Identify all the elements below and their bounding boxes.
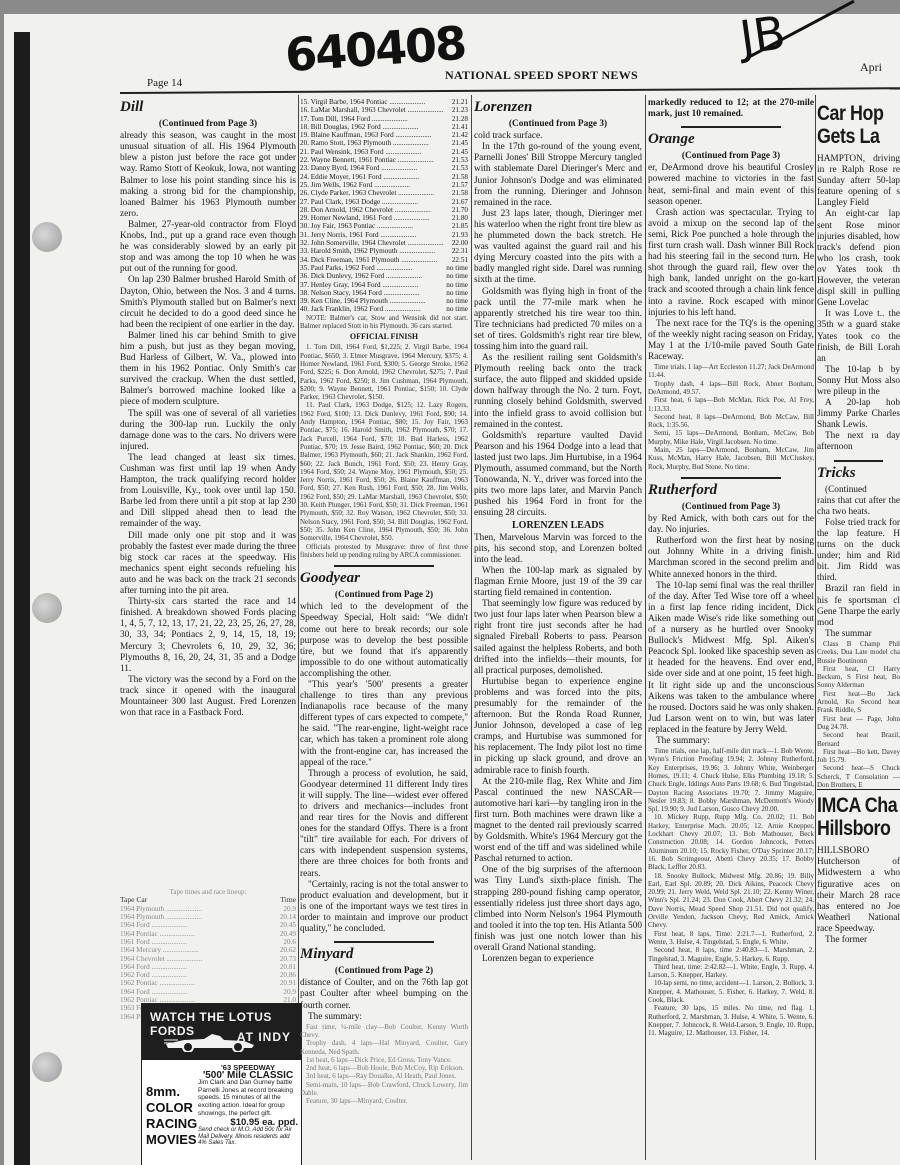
article-separator (681, 477, 781, 479)
paragraph: Trophy dash, 4 laps—Bill Rock, Abner Bon… (648, 380, 814, 397)
finish-text-2: 11. Paul Clark, 1963 Dodge, $125; 12. La… (300, 401, 468, 542)
table-row: 37. Henley Gray, 1964 Ford .............… (300, 281, 468, 289)
article-headline: Dill (120, 102, 296, 113)
paragraph: which led to the development of the Spee… (300, 602, 468, 680)
paragraph: The former (817, 935, 900, 946)
article-subhead: LORENZEN LEADS (474, 520, 642, 531)
paragraph: HAMPTON, driving in re Ralph Rose re Sun… (817, 154, 900, 209)
column-rule (645, 95, 646, 1160)
headline-line: RACING (146, 1116, 194, 1132)
paragraph: Folse tried track for the lap feature. H… (817, 518, 900, 585)
table-row: 16. LaMar Marshall, 1963 Chevrolet .....… (300, 106, 468, 114)
table-row: 22. Wayne Bennett, 1961 Pontiac ........… (300, 156, 468, 164)
tape-times-table: Tape times and race lineup: Tape Car Tim… (120, 888, 296, 1021)
paragraph: Feature, 30 laps—Minyard, Coulter. (300, 1097, 468, 1105)
date-fragment: Apri (860, 60, 882, 75)
paragraph: Second heat Brazil, Bernard (817, 731, 900, 748)
paragraph: Third heat, time: 2:42.82—1. White, Engl… (648, 963, 814, 980)
article-headline-imca: IMCA ChaHillsboro (817, 794, 888, 840)
paragraph: Just 23 laps later, though, Dieringer me… (474, 209, 642, 287)
continued-line: (Continued from Page 3) (474, 119, 642, 130)
article-lorenzen: Lorenzen (Continued from Page 3) cold tr… (474, 98, 642, 1163)
table-row: 1964 Ford ....................20.81 (120, 963, 296, 971)
continued-line: (Continued from Page 2) (300, 590, 468, 601)
paragraph: First heat, Cl Harry Beckum, S First hea… (817, 665, 900, 690)
table-row: 23. Danny Byrd, 1964 Ford ..............… (300, 164, 468, 172)
paragraph: Fast time, ¼-mile clay—Bob Coulter, Kenn… (300, 1023, 468, 1040)
article-body: which led to the development of the Spee… (300, 602, 468, 935)
article-body: HILLSBORO Hutcherson of Midwestern a who… (817, 846, 900, 946)
advertisement-lotus-fords[interactable]: WATCH THE LOTUS FORDS AT INDY 8mm.COLORR… (141, 1003, 302, 1165)
continued-line: (Continued from Page 3) (120, 119, 296, 130)
table-row: 33. Harold Smith, 1962 Plymouth ........… (300, 247, 468, 255)
article-body: rains that cut after the cha two heats.F… (817, 496, 900, 640)
paragraph: Goldsmith was flying high in front of th… (474, 287, 642, 354)
paragraph: Feature, 30 laps, 15 miles. No time, red… (648, 1004, 814, 1037)
headline-line: Car Hop (817, 102, 888, 125)
paragraph: The next ra day afternoon (817, 431, 900, 453)
paragraph: Trophy dash, 4 laps—Hal Minyard, Coulter… (300, 1039, 468, 1056)
paragraph: The summar (817, 629, 900, 640)
table-row: 27. Paul Clark, 1963 Dodge .............… (300, 198, 468, 206)
paragraph: First heat—Bo kett, Davey Joh 15.79. (817, 748, 900, 765)
table-row: 24. Eddie Moyer, 1961 Ford .............… (300, 173, 468, 181)
paragraph: Then, Marvelous Marvin was forced to the… (474, 533, 642, 566)
table-row: 1964 Ford ....................20.45 (120, 921, 296, 929)
article-body: HAMPTON, driving in re Ralph Rose re Sun… (817, 154, 900, 454)
column-four: markedly reduced to 12; at the 270-mile … (648, 98, 814, 1163)
summary-label: The summary: (300, 1012, 468, 1023)
paragraph: An eight-car lap sent Rose minor injurie… (817, 209, 900, 309)
race-summary: Time trials, one lap, half-mile dirt tra… (648, 747, 814, 1037)
column-rule (471, 95, 472, 1160)
paragraph: cold track surface. (474, 131, 642, 142)
article-body: distance of Coulter, and on the 76th lap… (300, 978, 468, 1011)
table-row: 20. Ramo Stott, 1963 Plymouth ..........… (300, 139, 468, 147)
paragraph: The 10-lap semi final was the real thril… (648, 581, 814, 736)
paragraph: 10-lap semi, no time, accident—1. Larson… (648, 979, 814, 1004)
ad-price: $10.95 ea. ppd. (198, 1119, 298, 1127)
table-row: 35. Paul Parks, 1962 Ford ..............… (300, 264, 468, 272)
table-row: 30. Joy Fair, 1963 Pontiac .............… (300, 222, 468, 230)
paragraph: First heat, 6 laps—Bob McMan, Rick Poe, … (648, 396, 814, 413)
table-row: 17. Tom Dill, 1964 Ford ................… (300, 115, 468, 123)
table-row: 25. Jim Wells, 1962 Ford ...............… (300, 181, 468, 189)
table-row: 38. Nelson Stacy, 1964 Ford ............… (300, 289, 468, 297)
starting-lineup-list: 15. Virgil Barbe, 1964 Pontiac .........… (300, 98, 468, 314)
headline-line: Hillsboro (817, 817, 888, 840)
table-row: 19. Blaine Kauffman, 1963 Ford .........… (300, 131, 468, 139)
binder-edge (14, 32, 30, 1165)
table-row: 18. Bill Douglas, 1962 Ford ............… (300, 123, 468, 131)
punch-hole (32, 222, 62, 252)
paragraph: One of the big surprises of the afternoo… (474, 865, 642, 954)
paragraph: 3rd heat, 6 laps—Ray Doualke, Al Heath, … (300, 1072, 468, 1080)
paragraph: Second heat—S Chuck Scherck, T Consolati… (817, 764, 900, 789)
finish-note: Officials protested by Musgrave: three o… (300, 543, 468, 560)
paragraph: 10. Mickey Rupp, Rupp Mfg. Co. 20.02; 11… (648, 813, 814, 871)
table-row: 29. Homer Newland, 1961 Ford ...........… (300, 214, 468, 222)
headline-line: COLOR (146, 1100, 194, 1116)
paragraph: Brazil ran field in his fe sportsman cl … (817, 584, 900, 628)
paragraph: First heat — Page, John Dug 24.78. (817, 715, 900, 732)
paragraph: Through a process of evolution, he said,… (300, 769, 468, 880)
paragraph: As the resilient railing sent Goldsmith'… (474, 353, 642, 431)
article-separator (834, 460, 884, 462)
table-row: 1962 Ford ....................20.86 (120, 971, 296, 979)
continued-line: (Continued (817, 485, 900, 496)
article-headline: Orange (648, 134, 814, 145)
paragraph: That seemingly low figure was reduced by… (474, 599, 642, 677)
table-row: 1964 Plymouth ....................20.14 (120, 913, 296, 921)
paragraph: by Red Amick, with both cars out for the… (648, 514, 814, 536)
paragraph: Thirty-six cars started the race and 14 … (120, 597, 296, 675)
article-headline: Rutherford (648, 485, 814, 496)
punch-hole (32, 1052, 62, 1082)
column-rule (815, 95, 816, 1160)
handwritten-initials: JB (736, 5, 788, 65)
paragraph: The victory was the second by a Ford on … (120, 675, 296, 719)
table-row: 1964 Ford ....................20.9 (120, 988, 296, 996)
ad-subheadline: AT INDY (237, 1030, 291, 1044)
table-row: 15. Virgil Barbe, 1964 Pontiac .........… (300, 98, 468, 106)
article-headline: Tricks (817, 468, 900, 479)
article-separator (817, 789, 900, 790)
table-row: 28. Don Arnold, 1962 Chevrolet .........… (300, 206, 468, 214)
paragraph: "Certainly, racing is not the total answ… (300, 880, 468, 935)
summary-label: The summary: (648, 736, 814, 747)
finish-heading: OFFICIAL FINISH (300, 331, 468, 342)
paragraph: Time trials, 1 lap—Art Eccleston 11.27; … (648, 363, 814, 380)
article-dill: Dill (Continued from Page 3) already thi… (120, 98, 296, 918)
paragraph: Second heat, 8 laps—DeArmond, Bob McCaw,… (648, 413, 814, 430)
paragraph: already this season, was caught in the m… (120, 131, 296, 220)
column-two: 15. Virgil Barbe, 1964 Pontiac .........… (300, 98, 468, 1163)
paragraph: Semi-main, 10 laps—Bob Crawford, Chuck L… (300, 1081, 468, 1098)
paragraph: At the 210-mile flag, Rex White and Jim … (474, 777, 642, 866)
ad-body: '63 SPEEDWAY '500' Mile CLASSIC Jim Clar… (198, 1064, 298, 1147)
continued-line: (Continued from Page 3) (648, 502, 814, 513)
table-row: 31. Jerry Norris, 1961 Ford ............… (300, 231, 468, 239)
page-number: Page 14 (147, 77, 182, 89)
article-body: by Red Amick, with both cars out for the… (648, 514, 814, 736)
paragraph: First heat—Bo Jack Arnold, Ko Second hea… (817, 690, 900, 715)
paragraph: distance of Coulter, and on the 76th lap… (300, 978, 468, 1011)
article-separator (681, 126, 781, 128)
table-header: Tape Car Time (120, 896, 296, 904)
paragraph: On lap 230 Balmer brushed Harold Smith o… (120, 275, 296, 330)
paragraph: Lorenzen began to experience (474, 954, 642, 965)
paragraph: 18. Snooky Bullock, Midwest Mfg. 20.86; … (648, 872, 814, 930)
paragraph: When the 100-lap mark as signaled by fla… (474, 566, 642, 599)
paragraph: Main, 25 laps—DeArmond, Bonham, McCaw, J… (648, 446, 814, 471)
paragraph: Time trials, one lap, half-mile dirt tra… (648, 747, 814, 813)
article-body: Then, Marvelous Marvin was forced to the… (474, 533, 642, 966)
paragraph: It was Love t.. the 35th w a guard stake… (817, 309, 900, 364)
paragraph: Balmer lined his car behind Smith to giv… (120, 331, 296, 409)
paragraph: The next race for the TQ's is the openin… (648, 319, 814, 363)
paragraph: 2nd heat, 6 laps—Bob Hoole, Bob McCoy, R… (300, 1064, 468, 1072)
article-body: cold track surface.In the 17th go-round … (474, 131, 642, 519)
table-row: 32. John Somerville, 1964 Chevrolet ....… (300, 239, 468, 247)
continued-line: (Continued from Page 2) (300, 966, 468, 977)
lorenzen-tail: markedly reduced to 12; at the 270-mile … (648, 98, 814, 120)
race-summary: Time trials, 1 lap—Art Eccleston 11.27; … (648, 363, 814, 471)
article-separator (334, 941, 435, 943)
paragraph: rains that cut after the cha two heats. (817, 496, 900, 518)
lineup-note: NOTE: Balmer's car, Stow and Wensink did… (300, 314, 468, 331)
paragraph: A 20-lap hob Jimmy Parke Charles Shank L… (817, 398, 900, 431)
article-headline: Lorenzen (474, 102, 642, 113)
paragraph: Goldsmith's reparture vaulted David Pear… (474, 431, 642, 520)
paragraph: The 10-lap b by Sonny Hut Moss also wre … (817, 365, 900, 398)
article-headline: Minyard (300, 949, 468, 960)
table-row: 40. Jack Franklin, 1962 Ford ...........… (300, 305, 468, 313)
headline-line: 8mm. (146, 1084, 194, 1100)
paragraph: First heat, 8 laps, Time: 2:21.7—1. Ruth… (648, 930, 814, 947)
paragraph: Rutherford won the first heat by nosing … (648, 536, 814, 580)
paragraph: The lead changed at least six times. Cus… (120, 453, 296, 531)
paragraph: In the 17th go-round of the young event,… (474, 142, 642, 209)
paragraph: The spill was one of several of all vari… (120, 409, 296, 453)
table-row: 1964 Pontiac ....................20.49 (120, 930, 296, 938)
column-rule (298, 95, 299, 1160)
punch-hole (32, 593, 62, 623)
table-row: 1964 Mercury ....................20.62 (120, 946, 296, 954)
ad-banner: WATCH THE LOTUS FORDS AT INDY (142, 1004, 301, 1060)
continued-line: (Continued from Page 3) (648, 151, 814, 162)
article-separator (334, 565, 435, 567)
paragraph: Balmer, 27-year-old contractor from Floy… (120, 220, 296, 275)
table-row: 1961 Ford ....................20.6 (120, 938, 296, 946)
paragraph: Crash action was spectacular. Trying to … (648, 208, 814, 319)
masthead: NATIONAL SPEED SPORT NEWS (445, 68, 638, 83)
table-row: 39. Ken Cline, 1964 Plymouth ...........… (300, 297, 468, 305)
race-summary: Fast time, ¼-mile clay—Bob Coulter, Kenn… (300, 1023, 468, 1106)
paragraph: HILLSBORO Hutcherson of Midwestern a who… (817, 846, 900, 935)
paragraph: Second heat, 8 laps, time 2:40.83—1. Mar… (648, 946, 814, 963)
table-row: 1962 Pontiac ....................20.91 (120, 979, 296, 987)
race-summary: Class B Champ Phil Creeks, Dua Late mode… (817, 640, 900, 789)
article-headline-car-hopp: Car HopGets La (817, 102, 888, 148)
table-row: 26. Clyde Parker, 1963 Chevrolet .......… (300, 189, 468, 197)
headline-line: Gets La (817, 125, 888, 148)
table-row: 1964 Plymouth ....................20.9 (120, 905, 296, 913)
paragraph: 1st heat, 6 laps—Dick Price, Ed Gross, T… (300, 1056, 468, 1064)
finish-text: 1. Tom Dill, 1964 Ford, $1,225; 2. Virgi… (300, 343, 468, 401)
column-five: Car HopGets La HAMPTON, driving in re Ra… (817, 98, 900, 1163)
article-headline: Goodyear (300, 573, 468, 584)
headline-line: MOVIES (146, 1132, 194, 1148)
paragraph: Dill made only one pit stop and it was p… (120, 531, 296, 598)
ad-side-text: 8mm.COLORRACINGMOVIES (146, 1084, 194, 1148)
table-row: 34. Dick Freeman, 1961 Plymouth ........… (300, 256, 468, 264)
paragraph: Semi, 15 laps—DeArmond, Bonham, McCaw, B… (648, 429, 814, 446)
table-row: 21. Paul Wensink, 1963 Ford ............… (300, 148, 468, 156)
table-row: 36. Dick Dunlevy, 1962 Ford ............… (300, 272, 468, 280)
paragraph: "This year's '500' presents a greater ch… (300, 680, 468, 769)
headline-line: IMCA Cha (817, 794, 888, 817)
paragraph: Class B Champ Phil Creeks, Dua Late mode… (817, 640, 900, 665)
table-row: 1964 Chevrolet ....................20.73 (120, 955, 296, 963)
paragraph: Hurtubise began to experience engine pro… (474, 677, 642, 777)
article-body: er, DeArmond drove his beautiful Crosley… (648, 163, 814, 363)
paragraph: er, DeArmond drove his beautiful Crosley… (648, 163, 814, 207)
article-body: already this season, was caught in the m… (120, 131, 296, 719)
